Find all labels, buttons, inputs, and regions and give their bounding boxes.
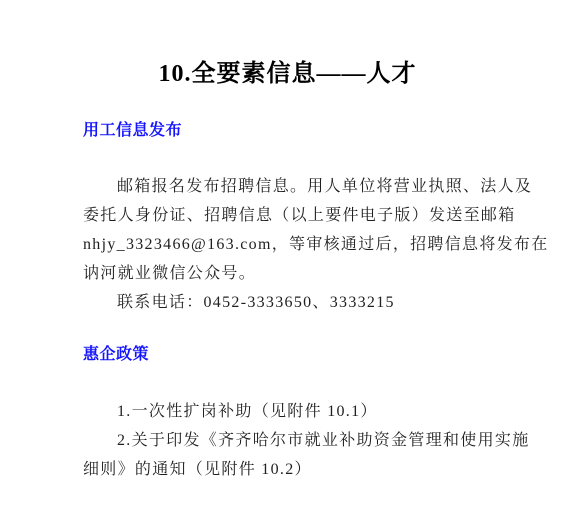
section-heading-enterprise-policy: 惠企政策 xyxy=(83,345,149,365)
policy-item-line: 2.关于印发《齐齐哈尔市就业补助资金管理和使用实施 xyxy=(83,426,553,455)
policy-item-line: 细则》的通知（见附件 10.2） xyxy=(83,455,553,484)
paragraph-line-email: nhjy_3323466@163.com，等审核通过后，招聘信息将发布在 xyxy=(83,230,553,259)
paragraph-line: 邮箱报名发布招聘信息。用人单位将营业执照、法人及 xyxy=(83,172,553,201)
employment-info-paragraph: 邮箱报名发布招聘信息。用人单位将营业执照、法人及 委托人身份证、招聘信息（以上要… xyxy=(83,172,553,317)
section-heading-employment-info: 用工信息发布 xyxy=(83,121,182,141)
policy-list: 1.一次性扩岗补助（见附件 10.1） 2.关于印发《齐齐哈尔市就业补助资金管理… xyxy=(83,397,553,484)
paragraph-line: 委托人身份证、招聘信息（以上要件电子版）发送至邮箱 xyxy=(83,201,553,230)
paragraph-line: 讷河就业微信公众号。 xyxy=(83,259,553,288)
document-page: 10.全要素信息——人才 用工信息发布 邮箱报名发布招聘信息。用人单位将营业执照… xyxy=(0,0,575,520)
contact-phone-line: 联系电话：0452-3333650、3333215 xyxy=(83,288,553,317)
page-title: 10.全要素信息——人才 xyxy=(0,58,575,90)
policy-item-line: 1.一次性扩岗补助（见附件 10.1） xyxy=(83,397,553,426)
